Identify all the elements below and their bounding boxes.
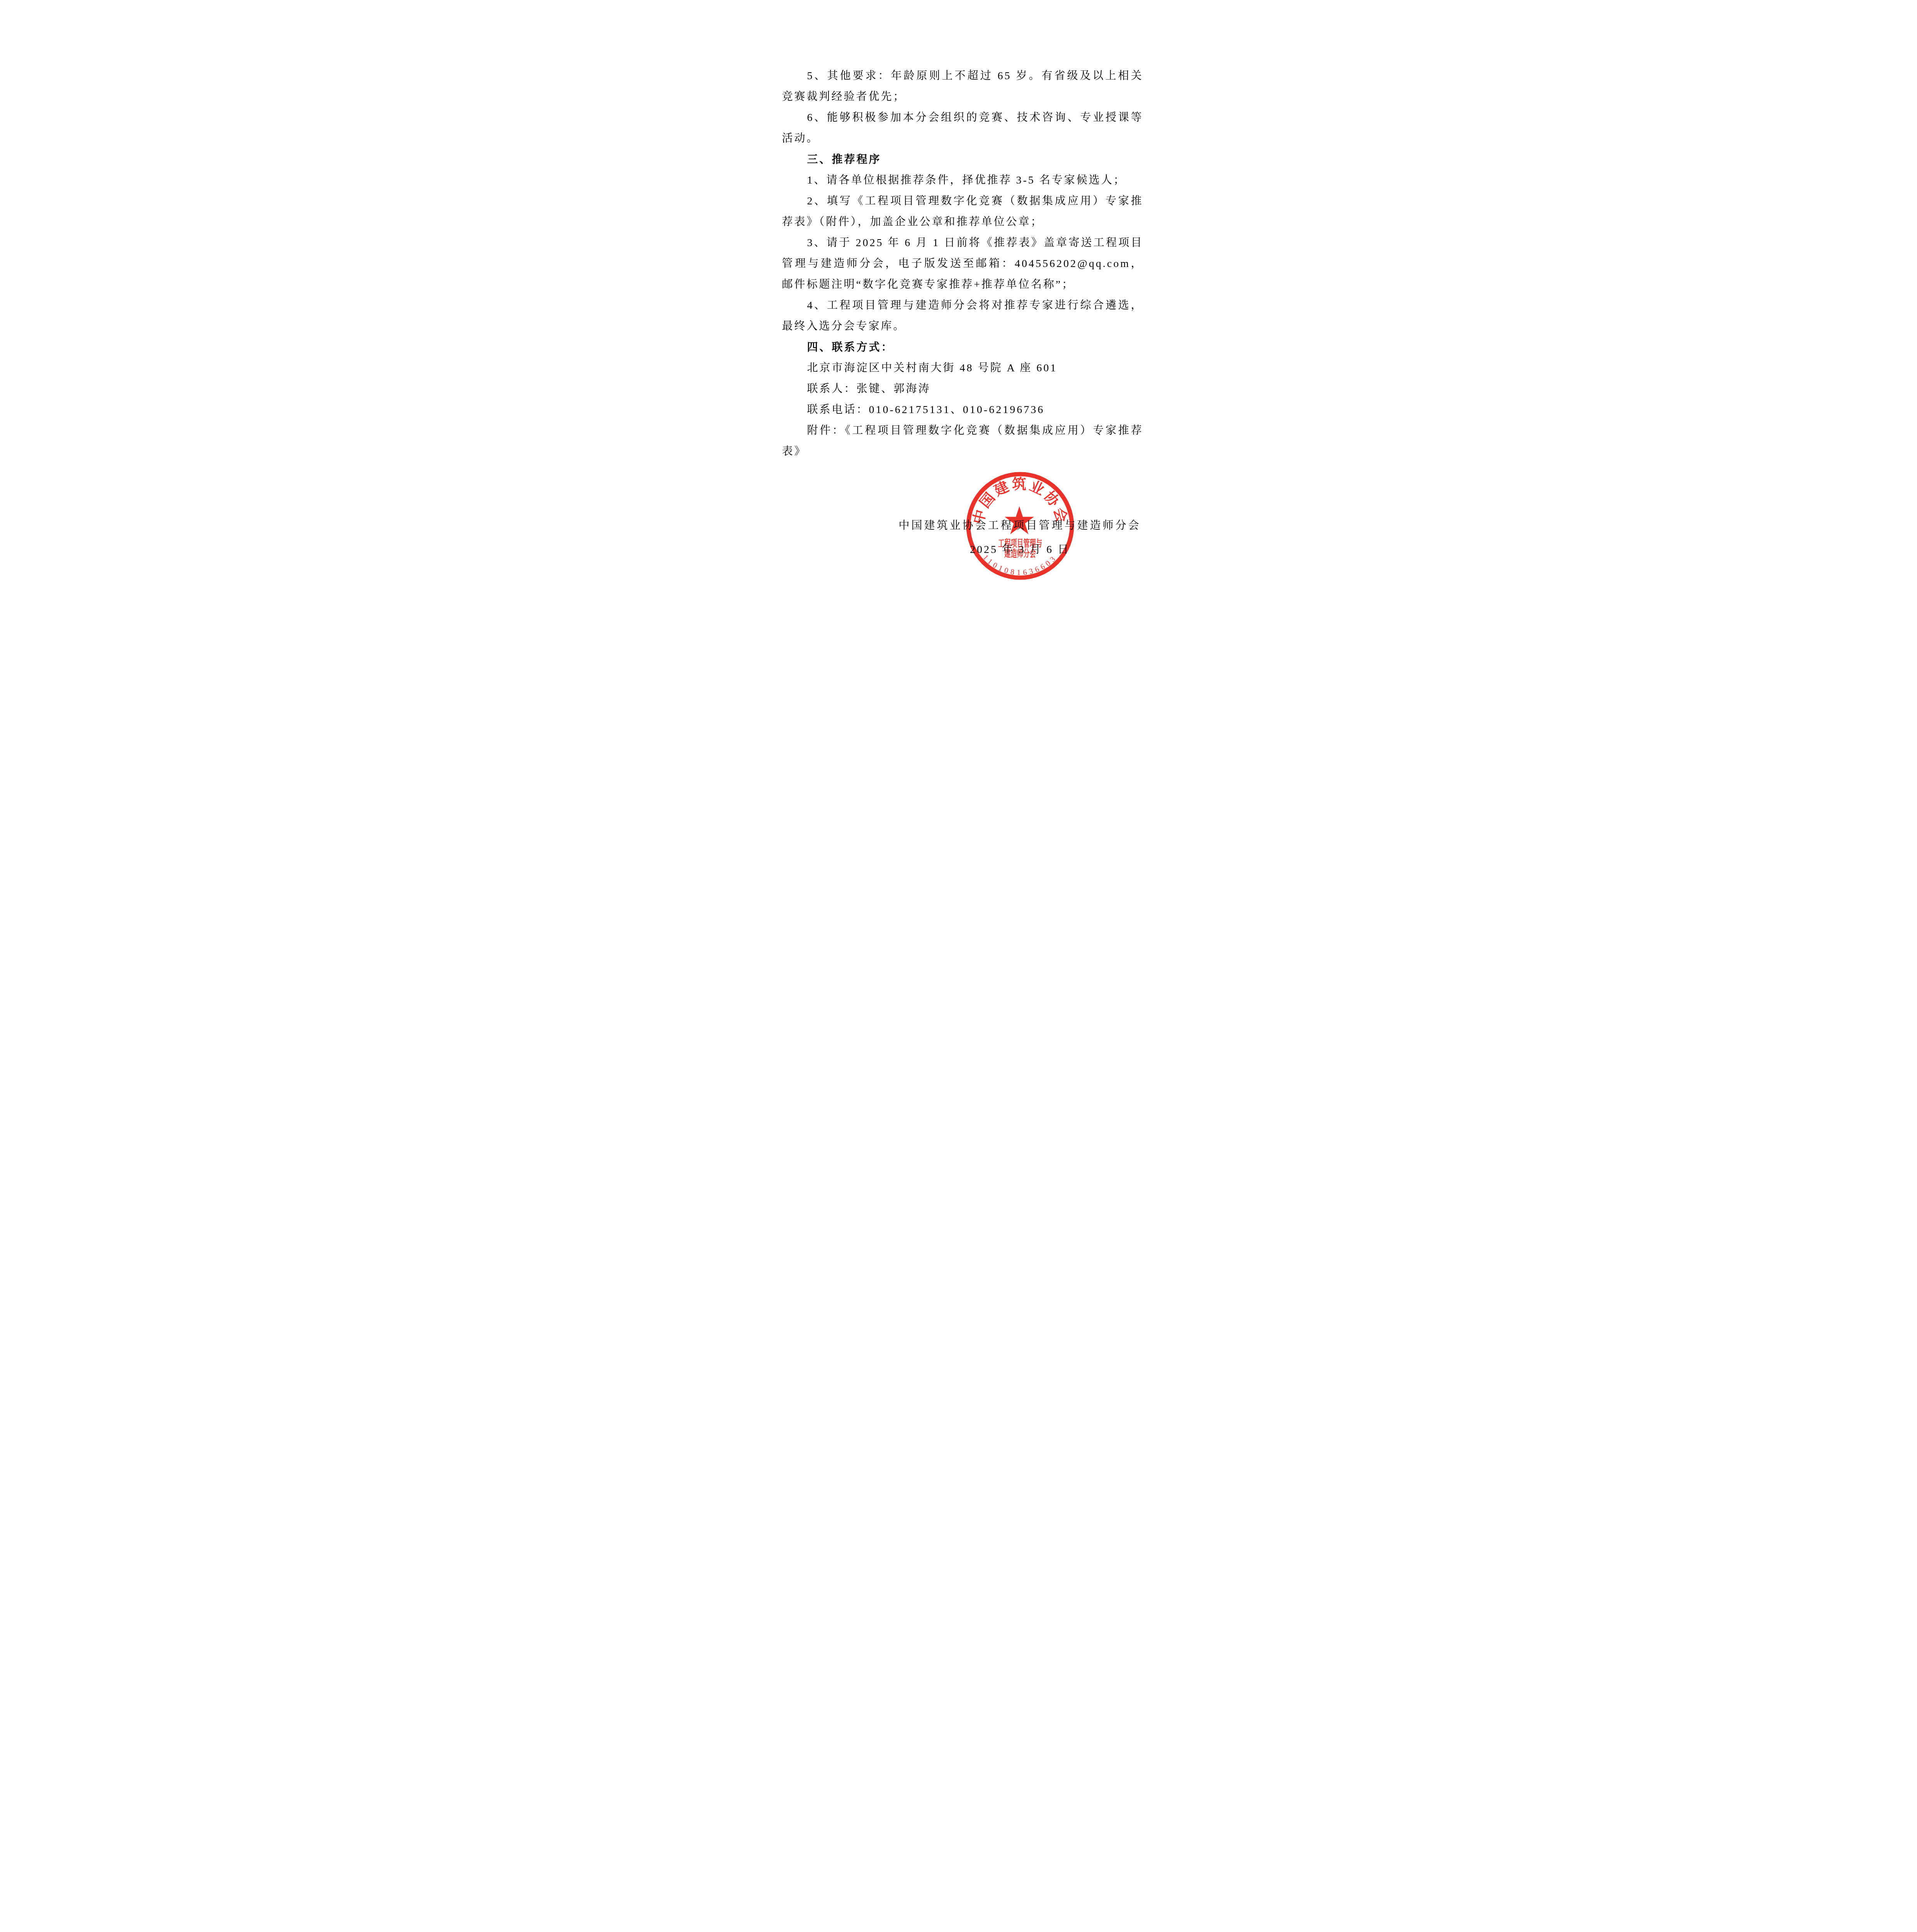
- paragraph-step-1: 1、请各单位根据推荐条件，择优推荐 3-5 名专家候选人；: [782, 170, 1143, 191]
- paragraph-step-4: 4、工程项目管理与建造师分会将对推荐专家进行综合遴选，最终入选分会专家库。: [782, 295, 1143, 337]
- date-line: 2025 年 3 月 6 日: [962, 539, 1078, 560]
- paragraph-other-requirements: 5、其他要求：年龄原则上不超过 65 岁。有省级及以上相关竞赛裁判经验者优先；: [782, 66, 1143, 107]
- paragraph-address: 北京市海淀区中关村南大街 48 号院 A 座 601: [782, 358, 1143, 379]
- section-heading-contact: 四、联系方式：: [782, 337, 1143, 358]
- paragraph-contact-phone: 联系电话：010-62175131、010-62196736: [782, 400, 1143, 420]
- paragraph-attachment: 附件：《工程项目管理数字化竞赛（数据集成应用）专家推荐表》: [782, 420, 1143, 462]
- paragraph-contact-person: 联系人：张键、郭海涛: [782, 379, 1143, 400]
- document-page: 5、其他要求：年龄原则上不超过 65 岁。有省级及以上相关竞赛裁判经验者优先； …: [719, 0, 1198, 678]
- section-heading-procedure: 三、推荐程序: [782, 149, 1143, 170]
- paragraph-step-2: 2、填写《工程项目管理数字化竞赛（数据集成应用）专家推荐表》（附件），加盖企业公…: [782, 191, 1143, 233]
- signature-line: 中国建筑业协会工程项目管理与建造师分会: [898, 515, 1141, 536]
- paragraph-participation: 6、能够积极参加本分会组织的竞赛、技术咨询、专业授课等活动。: [782, 107, 1143, 149]
- paragraph-step-3: 3、请于 2025 年 6 月 1 日前将《推荐表》盖章寄送工程项目管理与建造师…: [782, 233, 1143, 295]
- document-body: 5、其他要求：年龄原则上不超过 65 岁。有省级及以上相关竞赛裁判经验者优先； …: [782, 66, 1143, 462]
